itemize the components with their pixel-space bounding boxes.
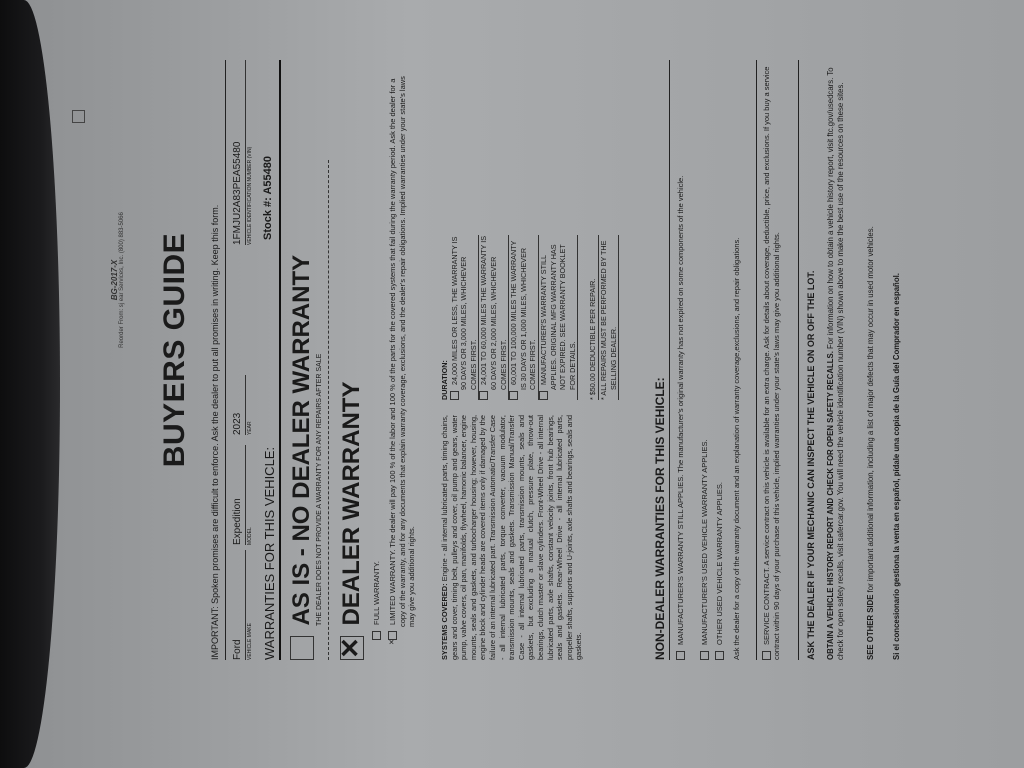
duration-section: DURATION: 24,000 MILES OR LESS, THE WARR… (440, 235, 619, 400)
inspect-notice: ASK THE DEALER IF YOUR MECHANIC CAN INSP… (806, 60, 816, 660)
stock-number: Stock #: A55480 (262, 156, 274, 240)
vehicle-model: ExpeditionMODEL (232, 445, 253, 545)
dealer-warranty-section: ✕ DEALER WARRANTY (338, 382, 366, 660)
as-is-section: AS IS - NO DEALER WARRANTY THE DEALER DO… (288, 255, 323, 660)
dealer-warranty-title: DEALER WARRANTY (338, 382, 365, 626)
divider (328, 160, 329, 660)
important-notice: IMPORTANT: Spoken promises are difficult… (210, 205, 220, 660)
duration-option: MANUFACTURER'S WARRANTY STILL APPLIES. O… (539, 235, 578, 400)
divider (756, 60, 757, 660)
corner-checkbox (72, 110, 85, 123)
form-meta: BG-2017-X Reorder From: sj ear Services,… (110, 130, 125, 430)
vehicle-info: FordVEHICLE MAKE ExpeditionMODEL 2023YEA… (225, 60, 226, 660)
duration-option: 24,000 MILES OR LESS, THE WARRANTY IS 90… (450, 235, 480, 400)
non-dealer-title: NON-DEALER WARRANTIES FOR THIS VEHICLE: (653, 60, 670, 660)
printer-info: Reorder From: sj ear Services, Inc. (800… (119, 130, 125, 430)
history-report-notice: OBTAIN A VEHICLE HISTORY REPORT AND CHEC… (826, 60, 846, 660)
non-dealer-item: MANUFACTURER'S WARRANTY STILL APPLIES. T… (676, 60, 686, 660)
form-code: BG-2017-X (110, 130, 119, 430)
other-side-notice: SEE OTHER SIDE for important additional … (866, 60, 876, 660)
limited-warranty-option: ✕LIMITED WARRANTY. The dealer will pay 1… (388, 67, 417, 640)
buyers-guide-page: BG-2017-X Reorder From: sj ear Services,… (150, 0, 1024, 700)
non-dealer-item: OTHER USED VEHICLE WARRANTY APPLIES. (715, 60, 725, 660)
deductible-note: * $50.00 DEDUCTIBLE PER REPAIR. (588, 235, 599, 400)
vehicle-make: FordVEHICLE MAKE (232, 550, 253, 660)
repairs-note: * ALL REPAIRS MUST BE PERFORMED BY THE S… (599, 235, 619, 400)
limited-warranty-checkbox-checked: ✕ (388, 631, 397, 640)
spanish-notice: Si el concesionario gestiona la venta en… (892, 60, 902, 660)
as-is-checkbox (290, 636, 314, 660)
vehicle-vin: 1FMJU2A83PEA55480VEHICLE IDENTIFICATION … (232, 60, 253, 245)
non-dealer-item: MANUFACTURER'S USED VEHICLE WARRANTY APP… (700, 60, 710, 660)
duration-label: DURATION: (440, 360, 449, 400)
systems-covered: SYSTEMS COVERED: Engine - all internal l… (440, 415, 584, 660)
divider (798, 60, 799, 660)
warranties-header: WARRANTIES FOR THIS VEHICLE: (262, 60, 281, 660)
full-warranty-checkbox (372, 631, 381, 640)
as-is-subtitle: THE DEALER DOES NOT PROVIDE A WARRANTY F… (316, 255, 323, 626)
dealer-warranty-checkbox-checked: ✕ (340, 636, 364, 660)
duration-option: 24,001 TO 60,000 MILES THE WARRANTY IS 6… (479, 235, 509, 400)
full-warranty-option: FULL WARRANTY. (372, 80, 382, 640)
as-is-title: AS IS - NO DEALER WARRANTY (288, 255, 315, 626)
vehicle-year: 2023YEAR (232, 375, 253, 435)
background-shadow (0, 0, 60, 768)
duration-option: 60,001 TO 100,000 MILES THE WARRANTY IS … (509, 235, 539, 400)
service-contract: SERVICE CONTRACT. A service contract on … (762, 60, 781, 660)
page-title: BUYERS GUIDE (158, 0, 192, 700)
non-dealer-ask: Ask the dealer for a copy of the warrant… (732, 60, 742, 660)
